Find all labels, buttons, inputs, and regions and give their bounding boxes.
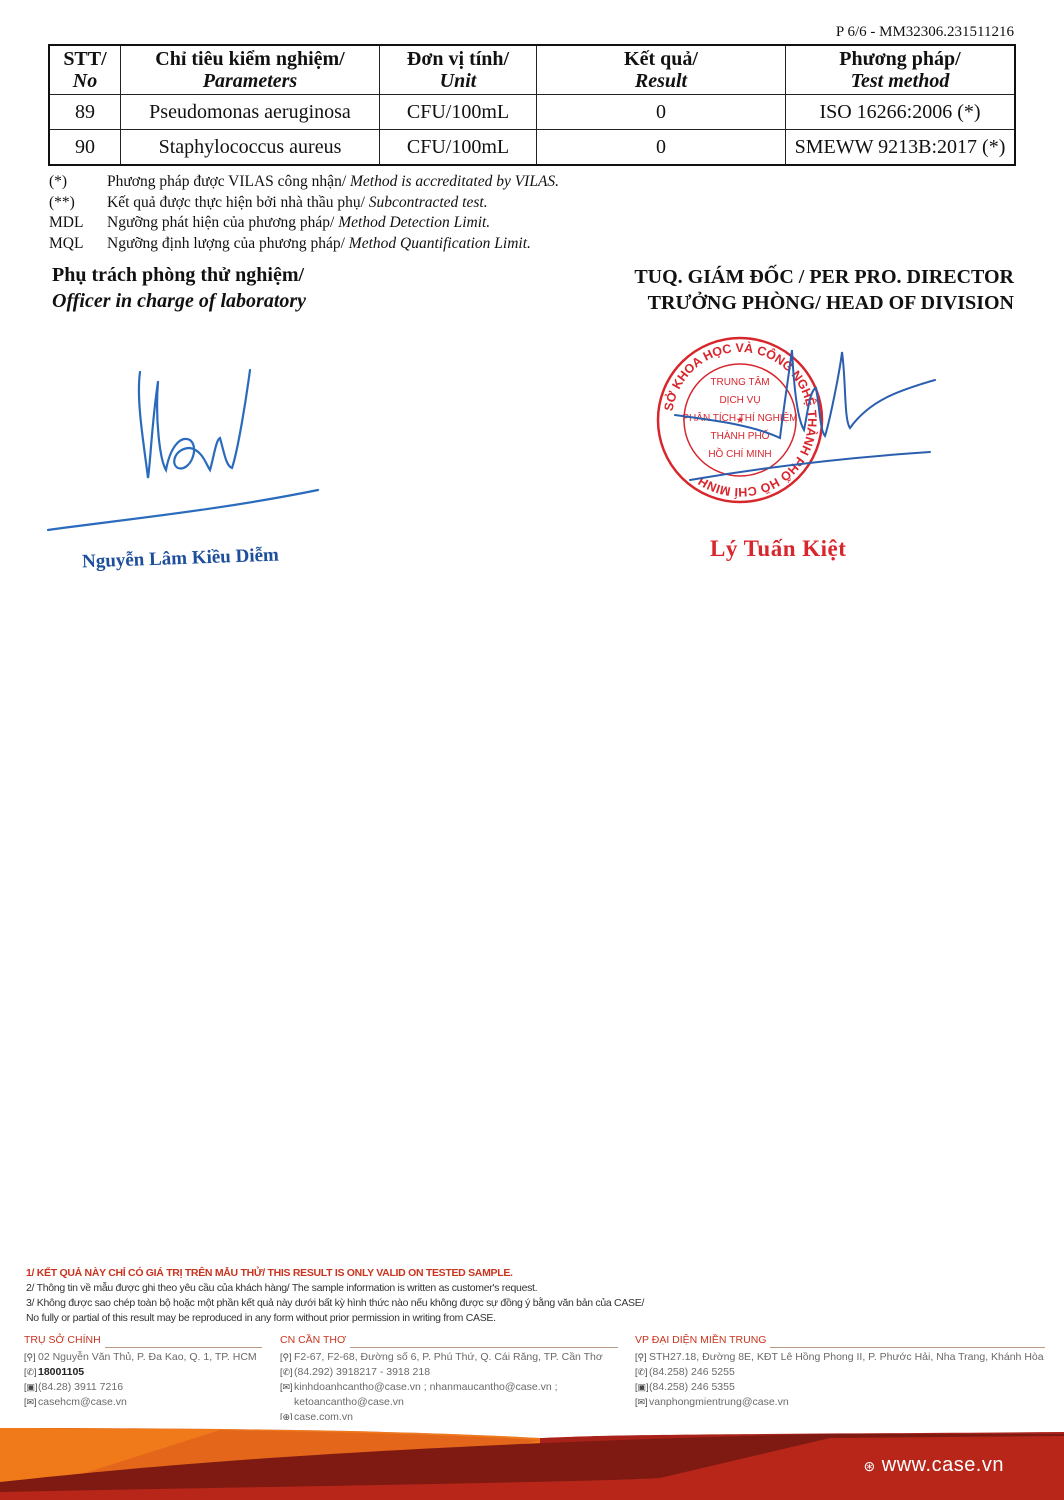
column-parameters-en: Parameters: [125, 70, 375, 92]
note-item: MQLNgưỡng định lượng của phương pháp/ Me…: [49, 234, 559, 255]
director-title: TUQ. GIÁM ĐỐC / PER PRO. DIRECTOR TRƯỞNG…: [634, 264, 1014, 316]
column-no: STT/No: [49, 45, 121, 95]
column-method: Phương pháp/Test method: [786, 45, 1016, 95]
note-en: Subcontracted test.: [369, 193, 488, 214]
office-title: VP ĐẠI DIỆN MIỀN TRUNG: [635, 1333, 766, 1348]
cell-unit: CFU/100mL: [380, 95, 537, 130]
disclaimer-line: 3/ Không được sao chép toàn bộ hoặc một …: [26, 1296, 644, 1311]
lab-officer-title: Phụ trách phòng thử nghiệm/ Officer in c…: [52, 262, 306, 314]
note-vi: Phương pháp được VILAS công nhận/: [107, 172, 346, 193]
globe-icon: ⊛: [863, 1458, 875, 1474]
note-item: MDLNgưỡng phát hiện của phương pháp/ Met…: [49, 213, 559, 234]
office-phone-link[interactable]: (84.292) 3918217 - 3918 218: [294, 1365, 430, 1380]
office-fax: (84.28) 3911 7216: [38, 1380, 123, 1395]
note-key: MDL: [49, 213, 107, 234]
phone-icon: [✆]: [280, 1365, 294, 1380]
results-table: STT/No Chỉ tiêu kiểm nghiệm/Parameters Đ…: [48, 44, 1016, 166]
cell-result: 0: [537, 95, 786, 130]
lab-officer-signature: [40, 360, 340, 540]
email-icon: [✉]: [635, 1395, 649, 1410]
director-title-line1: TUQ. GIÁM ĐỐC / PER PRO. DIRECTOR: [634, 264, 1014, 290]
office-title: CN CẦN THƠ: [280, 1333, 346, 1348]
office-address: STH27.18, Đường 8E, KĐT Lê Hồng Phong II…: [649, 1350, 1044, 1365]
cell-method: SMEWW 9213B:2017 (*): [786, 130, 1016, 166]
note-vi: Ngưỡng phát hiện của phương pháp/: [107, 213, 334, 234]
note-item: (**) Kết quả được thực hiện bởi nhà thầu…: [49, 193, 559, 214]
director-title-line2: TRƯỞNG PHÒNG/ HEAD OF DIVISION: [634, 290, 1014, 316]
note-en: Method Detection Limit.: [338, 213, 490, 234]
cell-no: 90: [49, 130, 121, 166]
cell-parameter: Staphylococcus aureus: [121, 130, 380, 166]
location-icon: [⚲]: [635, 1350, 649, 1365]
hotline-link[interactable]: 18001105: [38, 1365, 84, 1380]
fax-icon: [▣]: [635, 1380, 649, 1395]
table-row: 90 Staphylococcus aureus CFU/100mL 0 SME…: [49, 130, 1015, 166]
column-no-vi: STT/: [54, 48, 116, 70]
note-vi: Kết quả được thực hiện bởi nhà thầu phụ/: [107, 193, 365, 214]
website-text: www.case.vn: [882, 1454, 1004, 1476]
note-key: (*): [49, 172, 107, 193]
lab-officer-name: Nguyễn Lâm Kiều Diễm: [82, 545, 280, 574]
office-can-tho: CN CẦN THƠ [⚲]F2-67, F2-68, Đường số 6, …: [280, 1333, 618, 1425]
cell-parameter: Pseudomonas aeruginosa: [121, 95, 380, 130]
disclaimer-line: No fully or partial of this result may b…: [26, 1311, 644, 1326]
office-email-link[interactable]: vanphongmientrung@case.vn: [649, 1395, 789, 1410]
column-result-en: Result: [541, 70, 781, 92]
disclaimer: 1/ KẾT QUẢ NÀY CHỈ CÓ GIÁ TRỊ TRÊN MẪU T…: [26, 1266, 644, 1326]
office-head: TRỤ SỞ CHÍNH [⚲]02 Nguyễn Văn Thủ, P. Đa…: [24, 1333, 262, 1410]
office-email-link[interactable]: ketoancantho@case.vn: [294, 1395, 404, 1410]
table-row: 89 Pseudomonas aeruginosa CFU/100mL 0 IS…: [49, 95, 1015, 130]
column-method-vi: Phương pháp/: [790, 48, 1010, 70]
office-email-link[interactable]: casehcm@case.vn: [38, 1395, 127, 1410]
cell-no: 89: [49, 95, 121, 130]
fax-icon: [▣]: [24, 1380, 38, 1395]
column-parameters: Chỉ tiêu kiểm nghiệm/Parameters: [121, 45, 380, 95]
cell-unit: CFU/100mL: [380, 130, 537, 166]
lab-officer-title-vi: Phụ trách phòng thử nghiệm/: [52, 262, 306, 288]
note-key: MQL: [49, 234, 107, 255]
column-unit: Đơn vị tính/Unit: [380, 45, 537, 95]
director-name: Lý Tuấn Kiệt: [710, 536, 846, 562]
table-header-row: STT/No Chỉ tiêu kiểm nghiệm/Parameters Đ…: [49, 45, 1015, 95]
office-address: 02 Nguyễn Văn Thủ, P. Đa Kao, Q. 1, TP. …: [38, 1350, 257, 1365]
office-address: F2-67, F2-68, Đường số 6, P. Phú Thứ, Q.…: [294, 1350, 603, 1365]
disclaimer-line: 1/ KẾT QUẢ NÀY CHỈ CÓ GIÁ TRỊ TRÊN MẪU T…: [26, 1266, 644, 1281]
cell-result: 0: [537, 130, 786, 166]
email-icon: [✉]: [24, 1395, 38, 1410]
office-email-link[interactable]: kinhdoanhcantho@case.vn ; nhanmaucantho@…: [294, 1380, 558, 1395]
notes-legend: (*)Phương pháp được VILAS công nhận/ Met…: [49, 172, 559, 254]
column-result: Kết quả/Result: [537, 45, 786, 95]
column-parameters-vi: Chỉ tiêu kiểm nghiệm/: [125, 48, 375, 70]
disclaimer-line: 2/ Thông tin về mẫu được ghi theo yêu cầ…: [26, 1281, 644, 1296]
note-en: Method Quantification Limit.: [349, 234, 531, 255]
website-link[interactable]: ⊛ www.case.vn: [863, 1454, 1004, 1477]
location-icon: [⚲]: [280, 1350, 294, 1365]
lab-officer-title-en: Officer in charge of laboratory: [52, 288, 306, 314]
office-title: TRỤ SỞ CHÍNH: [24, 1333, 101, 1348]
column-unit-vi: Đơn vị tính/: [384, 48, 532, 70]
column-no-en: No: [54, 70, 116, 92]
office-fax: (84.258) 246 5355: [649, 1380, 735, 1395]
page-reference: P 6/6 - MM32306.231511216: [836, 24, 1014, 41]
note-vi: Ngưỡng định lượng của phương pháp/: [107, 234, 345, 255]
cell-method: ISO 16266:2006 (*): [786, 95, 1016, 130]
office-phone-link[interactable]: (84.258) 246 5255: [649, 1365, 735, 1380]
email-icon: [✉]: [280, 1380, 294, 1395]
note-item: (*)Phương pháp được VILAS công nhận/ Met…: [49, 172, 559, 193]
note-key: (**): [49, 193, 107, 214]
phone-icon: [✆]: [24, 1365, 38, 1380]
column-unit-en: Unit: [384, 70, 532, 92]
column-result-vi: Kết quả/: [541, 48, 781, 70]
location-icon: [⚲]: [24, 1350, 38, 1365]
column-method-en: Test method: [790, 70, 1010, 92]
phone-icon: [✆]: [635, 1365, 649, 1380]
director-signature: [670, 340, 950, 490]
office-central: VP ĐẠI DIỆN MIỀN TRUNG [⚲]STH27.18, Đườn…: [635, 1333, 1045, 1410]
note-en: Method is accreditated by VILAS.: [350, 172, 559, 193]
